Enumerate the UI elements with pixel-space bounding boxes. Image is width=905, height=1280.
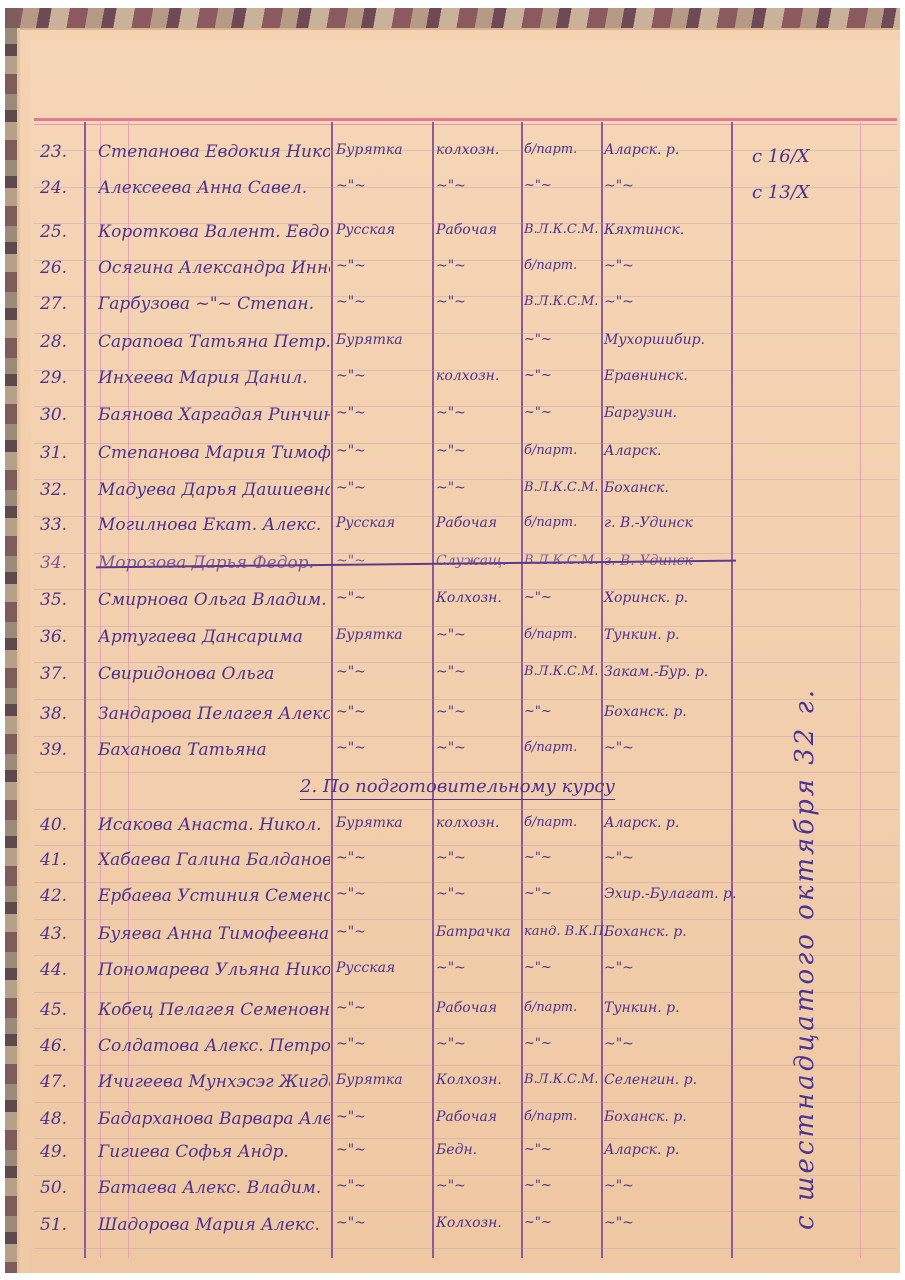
party-affiliation: ~"~ (524, 704, 600, 719)
district: г. В.-Удинск (604, 515, 730, 531)
person-name: Морозова Дарья Федор. (98, 553, 330, 573)
person-name: Осягина Александра Иннок. (98, 258, 330, 278)
person-name: Смирнова Ольга Владим. (98, 590, 330, 610)
party-affiliation: б/парт. (524, 1000, 600, 1015)
nationality: ~"~ (336, 553, 430, 569)
row-number: 34. (40, 553, 84, 573)
nationality: Русская (336, 222, 430, 238)
row-number: 35. (40, 590, 84, 610)
district: Закам.-Бур. р. (604, 664, 730, 680)
party-affiliation: б/парт. (524, 142, 600, 157)
party-affiliation: б/парт. (524, 258, 600, 273)
row-number: 51. (40, 1215, 84, 1235)
social-status: Рабочая (436, 515, 520, 531)
person-name: Алексеева Анна Савел. (98, 178, 330, 198)
social-status: ~"~ (436, 1036, 520, 1052)
party-affiliation: б/парт. (524, 627, 600, 642)
table-row: 51.Шадорова Мария Алекс.~"~Колхозн.~"~~"… (0, 1215, 905, 1249)
table-row: 35.Смирнова Ольга Владим.~"~Колхозн.~"~Х… (0, 590, 905, 624)
social-status: Бедн. (436, 1142, 520, 1158)
party-affiliation: б/парт. (524, 740, 600, 755)
person-name: Зандарова Пелагея Алекс. (98, 704, 330, 724)
table-row: 24.Алексеева Анна Савел.~"~~"~~"~~"~ (0, 178, 905, 212)
district: ~"~ (604, 1215, 730, 1231)
table-row: 26.Осягина Александра Иннок.~"~~"~б/парт… (0, 258, 905, 292)
social-status: ~"~ (436, 178, 520, 194)
table-row: 29.Инхеева Мария Данил.~"~колхозн.~"~Ера… (0, 368, 905, 402)
person-name: Могилнова Екат. Алекс. (98, 515, 330, 535)
district: ~"~ (604, 1036, 730, 1052)
nationality: Бурятка (336, 815, 430, 831)
social-status: ~"~ (436, 443, 520, 459)
district: ~"~ (604, 850, 730, 866)
district: Баргузин. (604, 405, 730, 421)
table-row: 47.Ичигеева Мунхэсэг Жигдан.БуряткаКолхо… (0, 1072, 905, 1106)
nationality: ~"~ (336, 1215, 430, 1231)
social-status: ~"~ (436, 704, 520, 720)
person-name: Артугаева Дансарима (98, 627, 330, 647)
district: Аларск. р. (604, 815, 730, 831)
social-status: ~"~ (436, 405, 520, 421)
nationality: Русская (336, 515, 430, 531)
party-affiliation: ~"~ (524, 405, 600, 420)
ruled-line (34, 662, 897, 663)
social-status: ~"~ (436, 886, 520, 902)
person-name: Свиридонова Ольга (98, 664, 330, 684)
district: Боханск. (604, 480, 730, 496)
table-row: 39.Баханова Татьяна~"~~"~б/парт.~"~ (0, 740, 905, 774)
nationality: ~"~ (336, 1109, 430, 1125)
nationality: ~"~ (336, 850, 430, 866)
nationality: ~"~ (336, 258, 430, 274)
table-row: 28.Сарапова Татьяна Петр.Бурятка~"~Мухор… (0, 332, 905, 366)
party-affiliation: ~"~ (524, 1178, 600, 1193)
table-row: 41.Хабаева Галина Балдановна~"~~"~~"~~"~ (0, 850, 905, 884)
party-affiliation: В.Л.К.С.М. (524, 664, 600, 679)
row-number: 28. (40, 332, 84, 352)
district: Кяхтинск. (604, 222, 730, 238)
row-number: 45. (40, 1000, 84, 1020)
person-name: Степанова Мария Тимоф. (98, 443, 330, 463)
district: ~"~ (604, 258, 730, 274)
nationality: ~"~ (336, 1036, 430, 1052)
row-number: 47. (40, 1072, 84, 1092)
row-number: 39. (40, 740, 84, 760)
row-number: 48. (40, 1109, 84, 1129)
party-affiliation: ~"~ (524, 960, 600, 975)
table-row: 37.Свиридонова Ольга~"~~"~В.Л.К.С.М.Зака… (0, 664, 905, 698)
party-affiliation: б/парт. (524, 443, 600, 458)
person-name: Баянова Харгадая Ринчин. (98, 405, 330, 425)
table-row: 48.Бадарханова Варвара Алексеевна~"~Рабо… (0, 1109, 905, 1143)
table-row: 38.Зандарова Пелагея Алекс.~"~~"~~"~Боха… (0, 704, 905, 738)
district: Хоринск. р. (604, 590, 730, 606)
person-name: Ичигеева Мунхэсэг Жигдан. (98, 1072, 330, 1092)
social-status: ~"~ (436, 1178, 520, 1194)
row-number: 24. (40, 178, 84, 198)
person-name: Гигиева Софья Андр. (98, 1142, 330, 1162)
row-number: 33. (40, 515, 84, 535)
social-status: колхозн. (436, 368, 520, 384)
social-status: Рабочая (436, 222, 520, 238)
ruled-line (34, 699, 897, 700)
nationality: ~"~ (336, 886, 430, 902)
nationality: ~"~ (336, 368, 430, 384)
row-number: 32. (40, 480, 84, 500)
person-name: Исакова Анаста. Никол. (98, 815, 330, 835)
nationality: ~"~ (336, 294, 430, 310)
social-status: Батрачка (436, 924, 520, 940)
row-number: 49. (40, 1142, 84, 1162)
social-status: Служащ. (436, 553, 520, 569)
party-affiliation: ~"~ (524, 1142, 600, 1157)
table-row: 23.Степанова Евдокия Никол.Буряткаколхоз… (0, 142, 905, 176)
row-number: 26. (40, 258, 84, 278)
district: Боханск. р. (604, 704, 730, 720)
table-row: 27.Гарбузова ~"~ Степан.~"~~"~В.Л.К.С.М.… (0, 294, 905, 328)
row-number: 31. (40, 443, 84, 463)
party-affiliation: В.Л.К.С.М. (524, 480, 600, 495)
table-row: 25.Короткова Валент. Евдоким.РусскаяРабо… (0, 222, 905, 256)
row-number: 50. (40, 1178, 84, 1198)
person-name: Короткова Валент. Евдоким. (98, 222, 330, 242)
nationality: ~"~ (336, 443, 430, 459)
table-row: 33.Могилнова Екат. Алекс.РусскаяРабочаяб… (0, 515, 905, 549)
district: ~"~ (604, 178, 730, 194)
row-number: 38. (40, 704, 84, 724)
social-status: колхозн. (436, 815, 520, 831)
party-affiliation: В.Л.К.С.М. (524, 294, 600, 309)
table-row: 34.Морозова Дарья Федор.~"~Служащ.В.Л.К.… (0, 553, 905, 587)
party-affiliation: ~"~ (524, 1215, 600, 1230)
social-status: ~"~ (436, 960, 520, 976)
table-row: 36.Артугаева ДансаримаБурятка~"~б/парт.Т… (0, 627, 905, 661)
district: Селенгин. р. (604, 1072, 730, 1088)
district: Аларск. р. (604, 1142, 730, 1158)
district: Еравнинск. (604, 368, 730, 384)
social-status: ~"~ (436, 850, 520, 866)
social-status: ~"~ (436, 740, 520, 756)
row-number: 27. (40, 294, 84, 314)
row-number: 46. (40, 1036, 84, 1056)
section-heading: 2. По подготовительному курсу (300, 776, 615, 800)
nationality: ~"~ (336, 704, 430, 720)
table-row: 49.Гигиева Софья Андр.~"~Бедн.~"~Аларск.… (0, 1142, 905, 1176)
party-affiliation: канд. В.К.П. (524, 924, 600, 939)
social-status: колхозн. (436, 142, 520, 158)
person-name: Степанова Евдокия Никол. (98, 142, 330, 162)
nationality: ~"~ (336, 590, 430, 606)
social-status: ~"~ (436, 294, 520, 310)
party-affiliation: ~"~ (524, 332, 600, 347)
table-row: 32.Мадуева Дарья Дашиевна~"~~"~В.Л.К.С.М… (0, 480, 905, 514)
person-name: Баханова Татьяна (98, 740, 330, 760)
person-name: Инхеева Мария Данил. (98, 368, 330, 388)
table-row: 42.Ербаева Устиния Семеновна~"~~"~~"~Эхи… (0, 886, 905, 920)
nationality: ~"~ (336, 1142, 430, 1158)
header-red-rule (34, 118, 897, 121)
party-affiliation: ~"~ (524, 368, 600, 383)
row-number: 36. (40, 627, 84, 647)
row-number: 25. (40, 222, 84, 242)
social-status: ~"~ (436, 480, 520, 496)
nationality: Бурятка (336, 142, 430, 158)
party-affiliation: ~"~ (524, 590, 600, 605)
social-status: Колхозн. (436, 590, 520, 606)
social-status: Рабочая (436, 1000, 520, 1016)
row-number: 40. (40, 815, 84, 835)
party-affiliation: б/парт. (524, 1109, 600, 1124)
row-number: 44. (40, 960, 84, 980)
party-affiliation: ~"~ (524, 886, 600, 901)
nationality: Русская (336, 960, 430, 976)
person-name: Бадарханова Варвара Алексеевна (98, 1109, 330, 1129)
row-number: 41. (40, 850, 84, 870)
nationality: ~"~ (336, 405, 430, 421)
person-name: Шадорова Мария Алекс. (98, 1215, 330, 1235)
district: Аларск. р. (604, 142, 730, 158)
table-row: 31.Степанова Мария Тимоф.~"~~"~б/парт.Ал… (0, 443, 905, 477)
person-name: Буяева Анна Тимофеевна (98, 924, 330, 944)
person-name: Кобец Пелагея Семеновна (98, 1000, 330, 1020)
district: Боханск. р. (604, 924, 730, 940)
person-name: Мадуева Дарья Дашиевна (98, 480, 330, 500)
party-affiliation: ~"~ (524, 1036, 600, 1051)
district: Тункин. р. (604, 627, 730, 643)
person-name: Солдатова Алекс. Петровна (98, 1036, 330, 1056)
book-cover-top (5, 8, 900, 28)
social-status: Рабочая (436, 1109, 520, 1125)
party-affiliation: б/парт. (524, 515, 600, 530)
nationality: ~"~ (336, 1000, 430, 1016)
party-affiliation: В.Л.К.С.М. (524, 1072, 600, 1087)
nationality: ~"~ (336, 924, 430, 940)
person-name: Ербаева Устиния Семеновна (98, 886, 330, 906)
party-affiliation: б/парт. (524, 815, 600, 830)
row-number: 23. (40, 142, 84, 162)
district: Тункин. р. (604, 1000, 730, 1016)
person-name: Сарапова Татьяна Петр. (98, 332, 330, 352)
district: ~"~ (604, 960, 730, 976)
table-row: 45.Кобец Пелагея Семеновна~"~Рабочаяб/па… (0, 1000, 905, 1034)
district: ~"~ (604, 740, 730, 756)
district: ~"~ (604, 1178, 730, 1194)
nationality: ~"~ (336, 1178, 430, 1194)
table-row: 43.Буяева Анна Тимофеевна~"~Батрачкаканд… (0, 924, 905, 958)
district: Мухоршибир. (604, 332, 730, 348)
person-name: Пономарева Ульяна Никол. (98, 960, 330, 980)
nationality: ~"~ (336, 740, 430, 756)
social-status: ~"~ (436, 664, 520, 680)
header-red-rule-thin (34, 124, 897, 125)
row-number: 30. (40, 405, 84, 425)
social-status: ~"~ (436, 627, 520, 643)
party-affiliation: ~"~ (524, 178, 600, 193)
person-name: Батаева Алекс. Владим. (98, 1178, 330, 1198)
district: Аларск. (604, 443, 730, 459)
nationality: Бурятка (336, 627, 430, 643)
social-status: Колхозн. (436, 1215, 520, 1231)
table-row: 44.Пономарева Ульяна Никол.Русская~"~~"~… (0, 960, 905, 994)
party-affiliation: В.Л.К.С.М. (524, 222, 600, 237)
row-number: 43. (40, 924, 84, 944)
nationality: ~"~ (336, 664, 430, 680)
district: ~"~ (604, 294, 730, 310)
table-row: 46.Солдатова Алекс. Петровна~"~~"~~"~~"~ (0, 1036, 905, 1070)
party-affiliation: ~"~ (524, 850, 600, 865)
person-name: Гарбузова ~"~ Степан. (98, 294, 330, 314)
person-name: Хабаева Галина Балдановна (98, 850, 330, 870)
nationality: ~"~ (336, 178, 430, 194)
district: Боханск. р. (604, 1109, 730, 1125)
nationality: Бурятка (336, 1072, 430, 1088)
social-status: Колхозн. (436, 1072, 520, 1088)
table-row: 30.Баянова Харгадая Ринчин.~"~~"~~"~Барг… (0, 405, 905, 439)
row-number: 42. (40, 886, 84, 906)
ruled-line (34, 809, 897, 810)
social-status: ~"~ (436, 258, 520, 274)
nationality: ~"~ (336, 480, 430, 496)
nationality: Бурятка (336, 332, 430, 348)
table-row: 50.Батаева Алекс. Владим.~"~~"~~"~~"~ (0, 1178, 905, 1212)
row-number: 37. (40, 664, 84, 684)
district: Эхир.-Булагат. р. (604, 886, 730, 902)
row-number: 29. (40, 368, 84, 388)
table-row: 40.Исакова Анаста. Никол.Буряткаколхозн.… (0, 815, 905, 849)
